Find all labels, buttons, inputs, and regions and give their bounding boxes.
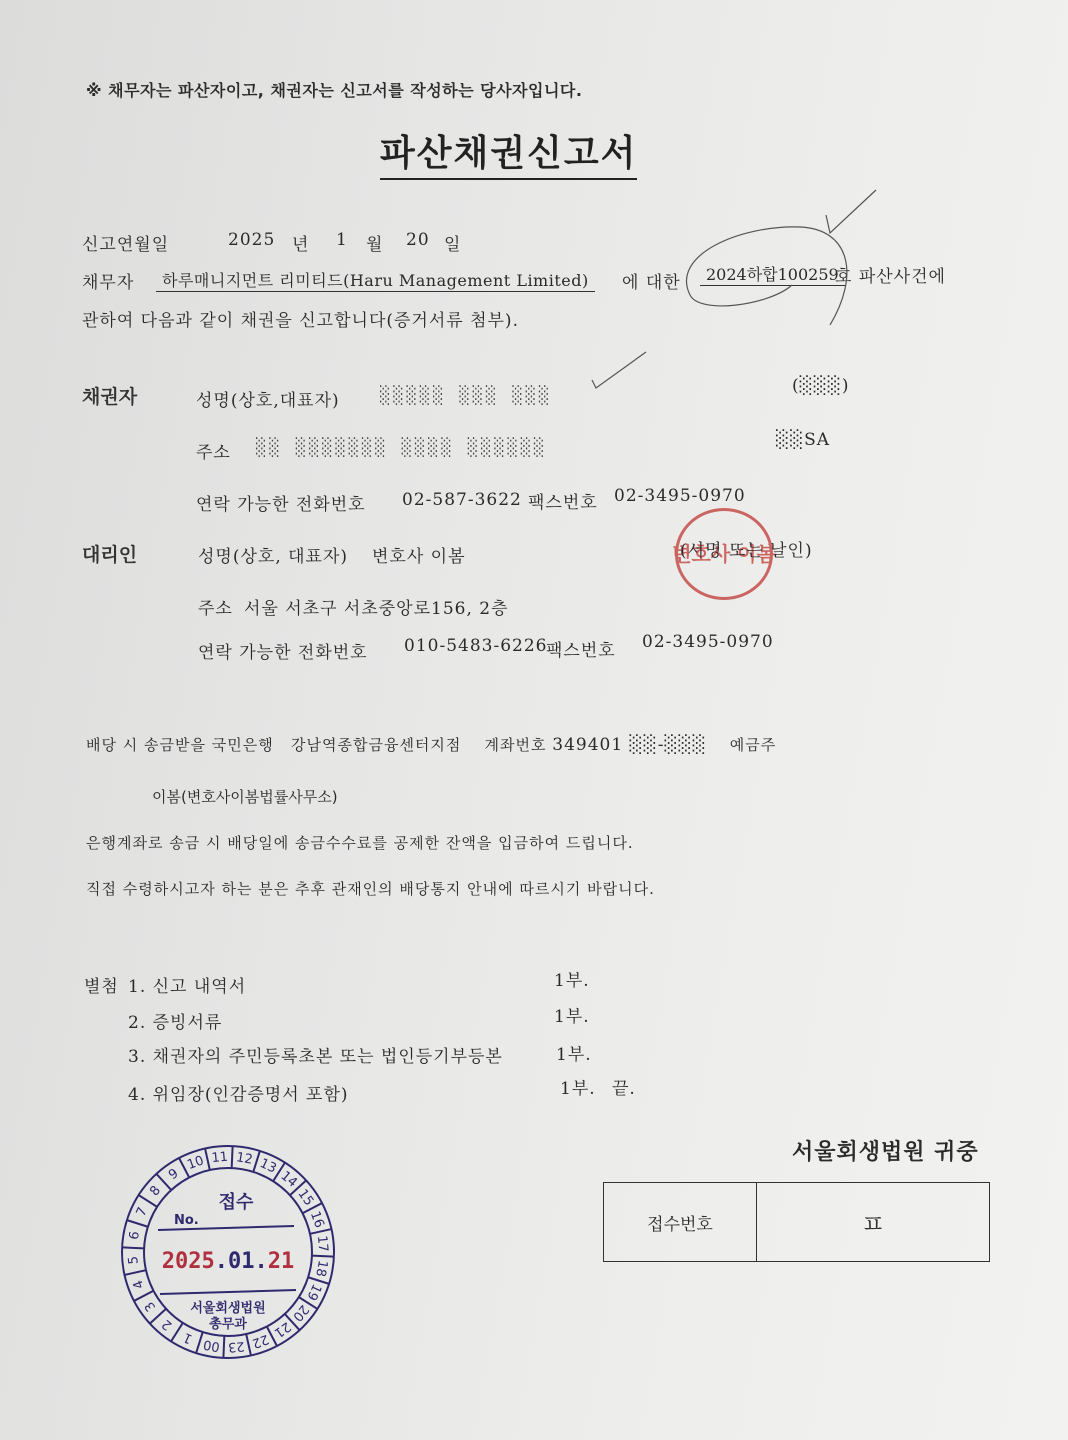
bank-prefix: 배당 시 송금받을 국민은행 (86, 736, 274, 754)
year-unit: 년 (292, 230, 309, 255)
note-2: 직접 수령하시고자 하는 분은 추후 관재인의 배당통지 안내에 따르시기 바랍… (86, 878, 655, 899)
creditor-address-suffix: ░░SA (776, 430, 830, 450)
agent-address: 서울 서초구 서초중앙로156, 2층 (244, 594, 509, 619)
attachment-count-3: 1부. (556, 1040, 592, 1065)
svg-text:00: 00 (202, 1336, 221, 1354)
svg-text:총무과: 총무과 (208, 1316, 247, 1332)
svg-text:17: 17 (314, 1235, 330, 1253)
debtor-name: 하루매니지먼트 리미티드(Haru Management Limited) (156, 268, 595, 292)
svg-text:12: 12 (235, 1150, 254, 1168)
declaration-text: 관하여 다음과 같이 채권을 신고합니다(증거서류 첨부). (82, 306, 519, 331)
agent-address-label: 주소 (198, 594, 233, 619)
creditor-section-label: 채권자 (82, 382, 137, 409)
notice-text: ※ 채무자는 파산자이고, 채권자는 신고서를 작성하는 당사자입니다. (86, 78, 582, 101)
attachment-count-2: 1부. (554, 1002, 590, 1027)
court-addressee: 서울회생법원 귀중 (792, 1135, 979, 1166)
svg-text:1: 1 (181, 1329, 195, 1346)
holder-label: 예금주 (730, 736, 776, 754)
creditor-address-redacted: ░░ ░░░░░░░ ░░░░ ░░░░░░ (256, 438, 547, 458)
creditor-name-label: 성명(상호,대표자) (196, 386, 340, 411)
debtor-connector: 에 대한 (622, 268, 681, 293)
agent-name-label: 성명(상호, 대표자) (198, 542, 348, 567)
account-label: 계좌번호 (485, 736, 547, 754)
bank-line: 배당 시 송금받을 국민은행 강남역종합금융센터지점 계좌번호 349401 ░… (86, 734, 776, 755)
creditor-fax: 02-3495-0970 (614, 486, 746, 506)
debtor-label: 채무자 (82, 268, 134, 293)
svg-text:16: 16 (307, 1209, 327, 1230)
creditor-phone: 02-587-3622 (402, 490, 522, 510)
svg-text:접수: 접수 (219, 1191, 254, 1213)
svg-text:3: 3 (142, 1299, 159, 1314)
filing-date-label: 신고연월일 (82, 230, 169, 255)
check-mark (590, 350, 650, 390)
svg-text:6: 6 (127, 1230, 143, 1241)
pen-circle-mark (680, 185, 910, 335)
svg-text:18: 18 (312, 1259, 330, 1278)
attachment-item-1: 1. 신고 내역서 (128, 972, 246, 997)
creditor-fax-label: 팩스번호 (528, 488, 598, 513)
account-number: 349401 ░░-░░░ (552, 735, 706, 755)
creditor-phone-label: 연락 가능한 전화번호 (196, 490, 366, 515)
filing-day: 20 (406, 230, 430, 250)
month-unit: 월 (366, 230, 383, 255)
attachment-count-1: 1부. (554, 966, 590, 991)
filing-month: 1 (336, 230, 348, 250)
svg-text:2025.01.21: 2025.01.21 (162, 1249, 294, 1274)
agent-fax-label: 팩스번호 (546, 636, 616, 661)
end-mark: 끝. (612, 1074, 636, 1099)
attachment-item-2: 2. 증빙서류 (128, 1008, 222, 1033)
svg-text:9: 9 (166, 1166, 181, 1183)
receipt-date-stamp: 123456789101112131415161718192021222300 … (118, 1142, 338, 1362)
receipt-number-box: 접수번호 ㅍ (603, 1182, 990, 1262)
agent-section-label: 대리인 (82, 540, 137, 567)
svg-text:5: 5 (126, 1255, 142, 1265)
svg-text:2: 2 (159, 1316, 175, 1333)
creditor-seal-note: (░░░) (792, 376, 850, 396)
attachments-label: 별첨 (84, 972, 119, 997)
bank-branch: 강남역종합금융센터지점 (291, 736, 461, 754)
attachment-item-4: 4. 위임장(인감증명서 포함) (128, 1080, 349, 1105)
receipt-number-value: ㅍ (757, 1183, 989, 1261)
svg-text:4: 4 (131, 1278, 148, 1291)
svg-text:7: 7 (134, 1205, 151, 1219)
attachment-count-4: 1부. (560, 1074, 596, 1099)
svg-text:23: 23 (227, 1338, 245, 1354)
agent-phone: 010-5483-6226 (404, 636, 547, 656)
svg-text:No.: No. (174, 1213, 199, 1228)
receipt-number-label: 접수번호 (604, 1183, 757, 1261)
agent-name: 변호사 이봄 (372, 542, 466, 567)
svg-text:22: 22 (250, 1331, 271, 1351)
svg-text:서울회생법원: 서울회생법원 (190, 1300, 265, 1316)
note-1: 은행계좌로 송금 시 배당일에 송금수수료를 공제한 잔액을 입금하여 드립니다… (86, 832, 634, 853)
creditor-address-label: 주소 (196, 438, 231, 463)
agent-fax: 02-3495-0970 (642, 632, 774, 652)
day-unit: 일 (444, 230, 461, 255)
agent-phone-label: 연락 가능한 전화번호 (198, 638, 368, 663)
account-holder: 이봄(변호사이봄법률사무소) (152, 786, 338, 807)
creditor-name-redacted: ░░░░░ ░░░ ░░░ (380, 386, 552, 406)
page-title: 파산채권신고서 (380, 125, 637, 180)
attachment-item-3: 3. 채권자의 주민등록초본 또는 법인등기부등본 (128, 1042, 503, 1067)
filing-year: 2025 (228, 230, 275, 250)
svg-text:8: 8 (147, 1183, 164, 1199)
agent-sign-note: (서명 또는 날인) (680, 536, 813, 561)
svg-text:10: 10 (185, 1153, 206, 1173)
svg-text:11: 11 (211, 1150, 229, 1166)
